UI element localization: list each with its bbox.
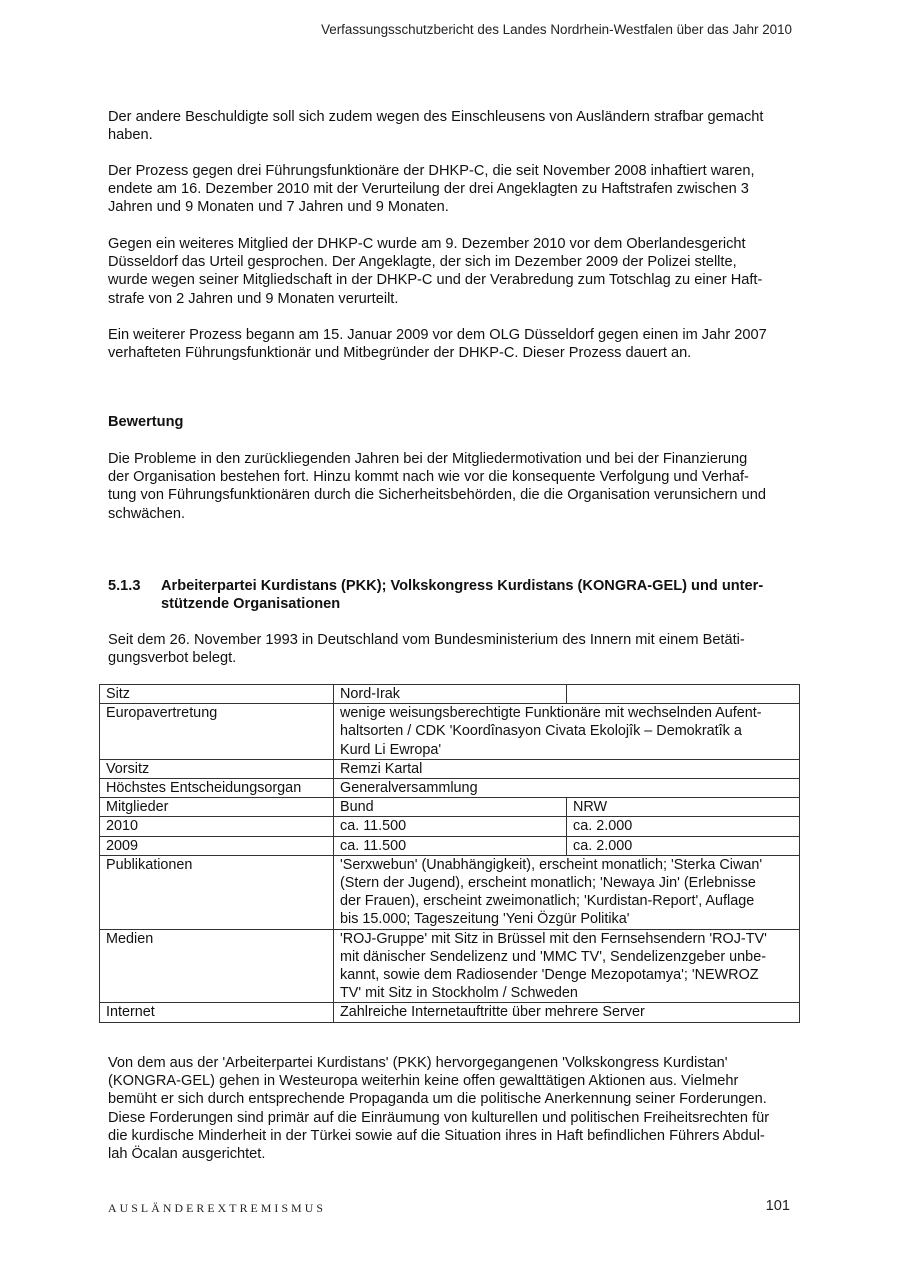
table-row: Europavertretung wenige weisungsberechti… (100, 704, 800, 760)
paragraph-beschuldigte: Der andere Beschuldigte soll sich zudem … (108, 108, 798, 144)
table-row: Mitglieder Bund NRW (100, 798, 800, 817)
table-value: Generalversammlung (334, 779, 800, 798)
table-value-bund: ca. 11.500 (334, 817, 567, 836)
section-number: 5.1.3 (108, 577, 140, 595)
table-label: Mitglieder (100, 798, 334, 817)
page-number: 101 (766, 1198, 790, 1214)
table-value: Nord-Irak (334, 685, 567, 704)
table-row: Medien 'ROJ-Gruppe' mit Sitz in Brüssel … (100, 929, 800, 1003)
table-value-bund: ca. 11.500 (334, 836, 567, 855)
table-label: Vorsitz (100, 759, 334, 778)
table-value-nrw: ca. 2.000 (567, 836, 800, 855)
table-label: Medien (100, 929, 334, 1003)
paragraph-prozess-drei: Der Prozess gegen drei Führungsfunktionä… (108, 162, 798, 217)
organisation-info-table: Sitz Nord-Irak Europavertretung wenige w… (99, 684, 800, 1023)
paragraph-bewertung: Die Probleme in den zurückliegenden Jahr… (108, 450, 798, 523)
table-label: Sitz (100, 685, 334, 704)
table-row: Sitz Nord-Irak (100, 685, 800, 704)
table-col-nrw: NRW (567, 798, 800, 817)
paragraph-kongra-gel: Von dem aus der 'Arbeiterpartei Kurdista… (108, 1054, 798, 1163)
table-value-nrw: ca. 2.000 (567, 817, 800, 836)
table-row: 2010 ca. 11.500 ca. 2.000 (100, 817, 800, 836)
paragraph-weiteres-mitglied: Gegen ein weiteres Mitglied der DHKP-C w… (108, 235, 798, 308)
paragraph-weiterer-prozess: Ein weiterer Prozess begann am 15. Janua… (108, 326, 798, 362)
table-value: 'ROJ-Gruppe' mit Sitz in Brüssel mit den… (334, 929, 800, 1003)
table-value: Zahlreiche Internetauftritte über mehrer… (334, 1003, 800, 1022)
table-label: Europavertretung (100, 704, 334, 760)
table-label: Internet (100, 1003, 334, 1022)
table-label: Publikationen (100, 855, 334, 929)
table-row: 2009 ca. 11.500 ca. 2.000 (100, 836, 800, 855)
paragraph-betaetigungsverbot: Seit dem 26. November 1993 in Deutschlan… (108, 631, 798, 667)
table-empty-cell (567, 685, 800, 704)
table-row: Vorsitz Remzi Kartal (100, 759, 800, 778)
table-row: Höchstes Entscheidungsorgan Generalversa… (100, 779, 800, 798)
footer-chapter-title: AUSLÄNDEREXTREMISMUS (108, 1201, 326, 1216)
table-label: 2009 (100, 836, 334, 855)
table-value: wenige weisungsberechtigte Funktionäre m… (334, 704, 800, 760)
section-title: Arbeiterpartei Kurdistans (PKK); Volksko… (161, 577, 763, 613)
table-row: Publikationen 'Serxwebun' (Unabhängigkei… (100, 855, 800, 929)
running-header: Verfassungsschutzbericht des Landes Nord… (321, 22, 792, 37)
table-col-bund: Bund (334, 798, 567, 817)
table-label: Höchstes Entscheidungsorgan (100, 779, 334, 798)
table-label: 2010 (100, 817, 334, 836)
table-row: Internet Zahlreiche Internetauftritte üb… (100, 1003, 800, 1022)
heading-bewertung: Bewertung (108, 413, 798, 431)
table-value: 'Serxwebun' (Unabhängigkeit), erscheint … (334, 855, 800, 929)
table-value: Remzi Kartal (334, 759, 800, 778)
